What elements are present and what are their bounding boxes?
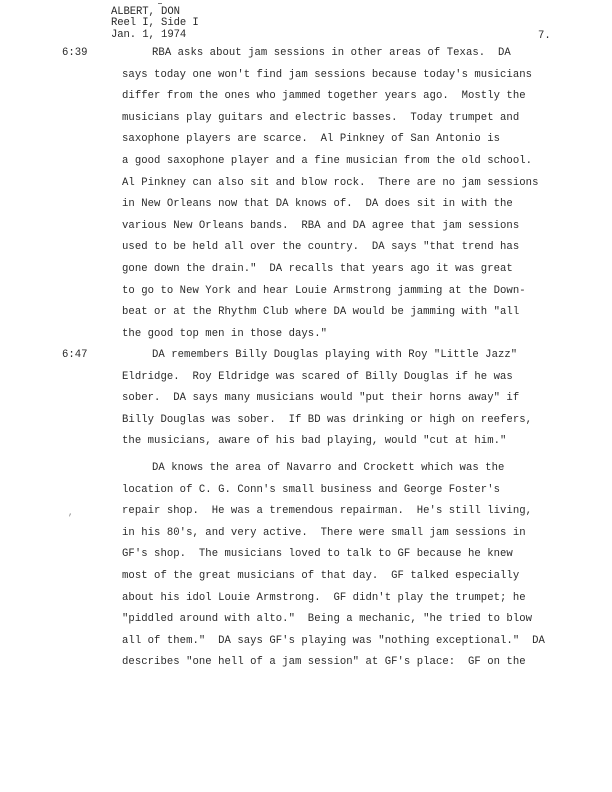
header-date: Jan. 1, 1974 [111,30,186,41]
transcript-line: used to be held all over the country. DA… [122,241,519,253]
transcript-line: "piddled around with alto." Being a mech… [122,613,532,625]
transcript-line: RBA asks about jam sessions in other are… [152,47,511,59]
transcript-line: about his idol Louie Armstrong. GF didn'… [122,592,526,604]
transcript-line: various New Orleans bands. RBA and DA ag… [122,220,519,232]
transcript-line: DA remembers Billy Douglas playing with … [152,349,517,361]
transcript-line: says today one won't find jam sessions b… [122,69,532,81]
transcript-line: the good top men in those days." [122,328,327,340]
transcript-line: describes "one hell of a jam session" at… [122,656,526,668]
transcript-line: sober. DA says many musicians would "put… [122,392,519,404]
transcript-line: saxophone players are scarce. Al Pinkney… [122,133,500,145]
transcript-page: ALBERT, DON Reel I, Side I Jan. 1, 1974 … [0,0,612,792]
transcript-line: beat or at the Rhythm Club where DA woul… [122,306,519,318]
transcript-line: differ from the ones who jammed together… [122,90,526,102]
stray-mark: , [68,508,73,518]
timestamp-2: 6:47 [62,349,87,361]
transcript-line: repair shop. He was a tremendous repairm… [122,505,532,517]
transcript-line: in his 80's, and very active. There were… [122,527,526,539]
transcript-line: to go to New York and hear Louie Armstro… [122,285,526,297]
transcript-line: a good saxophone player and a fine music… [122,155,532,167]
transcript-line: gone down the drain." DA recalls that ye… [122,263,513,275]
transcript-line: in New Orleans now that DA knows of. DA … [122,198,513,210]
transcript-line: the musicians, aware of his bad playing,… [122,435,506,447]
transcript-line: location of C. G. Conn's small business … [122,484,500,496]
transcript-line: musicians play guitars and electric bass… [122,112,519,124]
stray-mark [158,3,162,4]
timestamp-1: 6:39 [62,47,87,59]
transcript-line: Al Pinkney can also sit and blow rock. T… [122,177,538,189]
transcript-line: DA knows the area of Navarro and Crocket… [152,462,504,474]
transcript-line: all of them." DA says GF's playing was "… [122,635,545,647]
transcript-line: GF's shop. The musicians loved to talk t… [122,548,513,560]
transcript-line: Billy Douglas was sober. If BD was drink… [122,414,532,426]
page-number: 7. [538,30,551,42]
transcript-line: most of the great musicians of that day.… [122,570,519,582]
header-reel: Reel I, Side I [111,18,199,29]
transcript-line: Eldridge. Roy Eldridge was scared of Bil… [122,371,513,383]
